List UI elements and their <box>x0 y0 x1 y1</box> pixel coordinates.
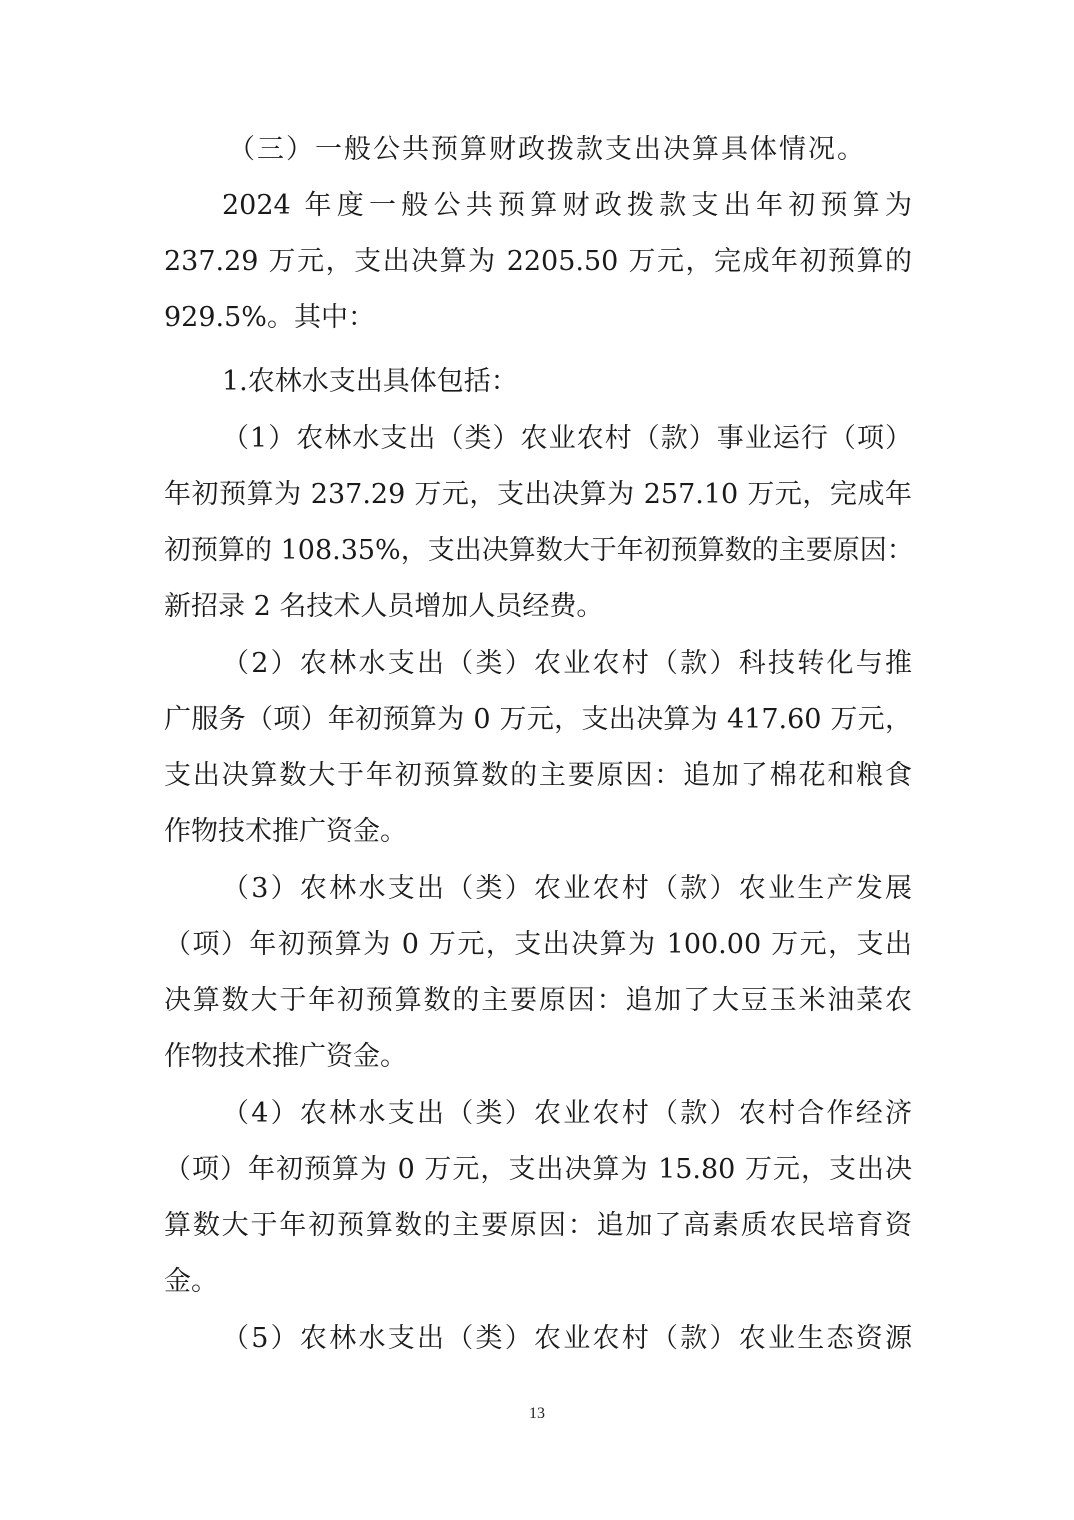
item-2-line-1: （2）农林水支出（类）农业农村（款）科技转化与推 <box>222 644 912 684</box>
page-number: 13 <box>517 1404 557 1424</box>
item-2-line-2: 广服务（项）年初预算为 0 万元，支出决算为 417.60 万元， <box>164 700 912 740</box>
item-5-line-1: （5）农林水支出（类）农业农村（款）农业生态资源 <box>222 1319 912 1359</box>
item-3-line-2: （项）年初预算为 0 万元，支出决算为 100.00 万元，支出 <box>164 925 912 965</box>
item-3-line-3: 决算数大于年初预算数的主要原因：追加了大豆玉米油菜农 <box>164 981 912 1021</box>
intro-line-3: 929.5%。其中： <box>164 298 912 338</box>
item-4-line-2: （项）年初预算为 0 万元，支出决算为 15.80 万元，支出决 <box>164 1150 912 1190</box>
section-heading: （三）一般公共预算财政拨款支出决算具体情况。 <box>228 130 848 170</box>
item-1-line-2: 年初预算为 237.29 万元，支出决算为 257.10 万元，完成年 <box>164 475 912 515</box>
intro-line-2: 237.29 万元，支出决算为 2205.50 万元，完成年初预算的 <box>164 242 912 282</box>
item-1-line-4: 新招录 2 名技术人员增加人员经费。 <box>164 587 912 627</box>
item-4-line-1: （4）农林水支出（类）农业农村（款）农村合作经济 <box>222 1094 912 1134</box>
item-4-line-4: 金。 <box>164 1262 912 1302</box>
item-4-line-3: 算数大于年初预算数的主要原因：追加了高素质农民培育资 <box>164 1206 912 1246</box>
item-3-line-4: 作物技术推广资金。 <box>164 1037 912 1077</box>
item-2-line-3: 支出决算数大于年初预算数的主要原因：追加了棉花和粮食 <box>164 756 912 796</box>
item-3-line-1: （3）农林水支出（类）农业农村（款）农业生产发展 <box>222 869 912 909</box>
subheading: 1.农林水支出具体包括： <box>222 362 912 402</box>
item-1-line-3: 初预算的 108.35%，支出决算数大于年初预算数的主要原因： <box>164 531 912 571</box>
item-2-line-4: 作物技术推广资金。 <box>164 812 912 852</box>
document-page: （三）一般公共预算财政拨款支出决算具体情况。 2024 年度一般公共预算财政拨款… <box>0 0 1074 1520</box>
intro-line-1: 2024 年度一般公共预算财政拨款支出年初预算为 <box>222 186 912 226</box>
item-1-line-1: （1）农林水支出（类）农业农村（款）事业运行（项） <box>222 419 912 459</box>
